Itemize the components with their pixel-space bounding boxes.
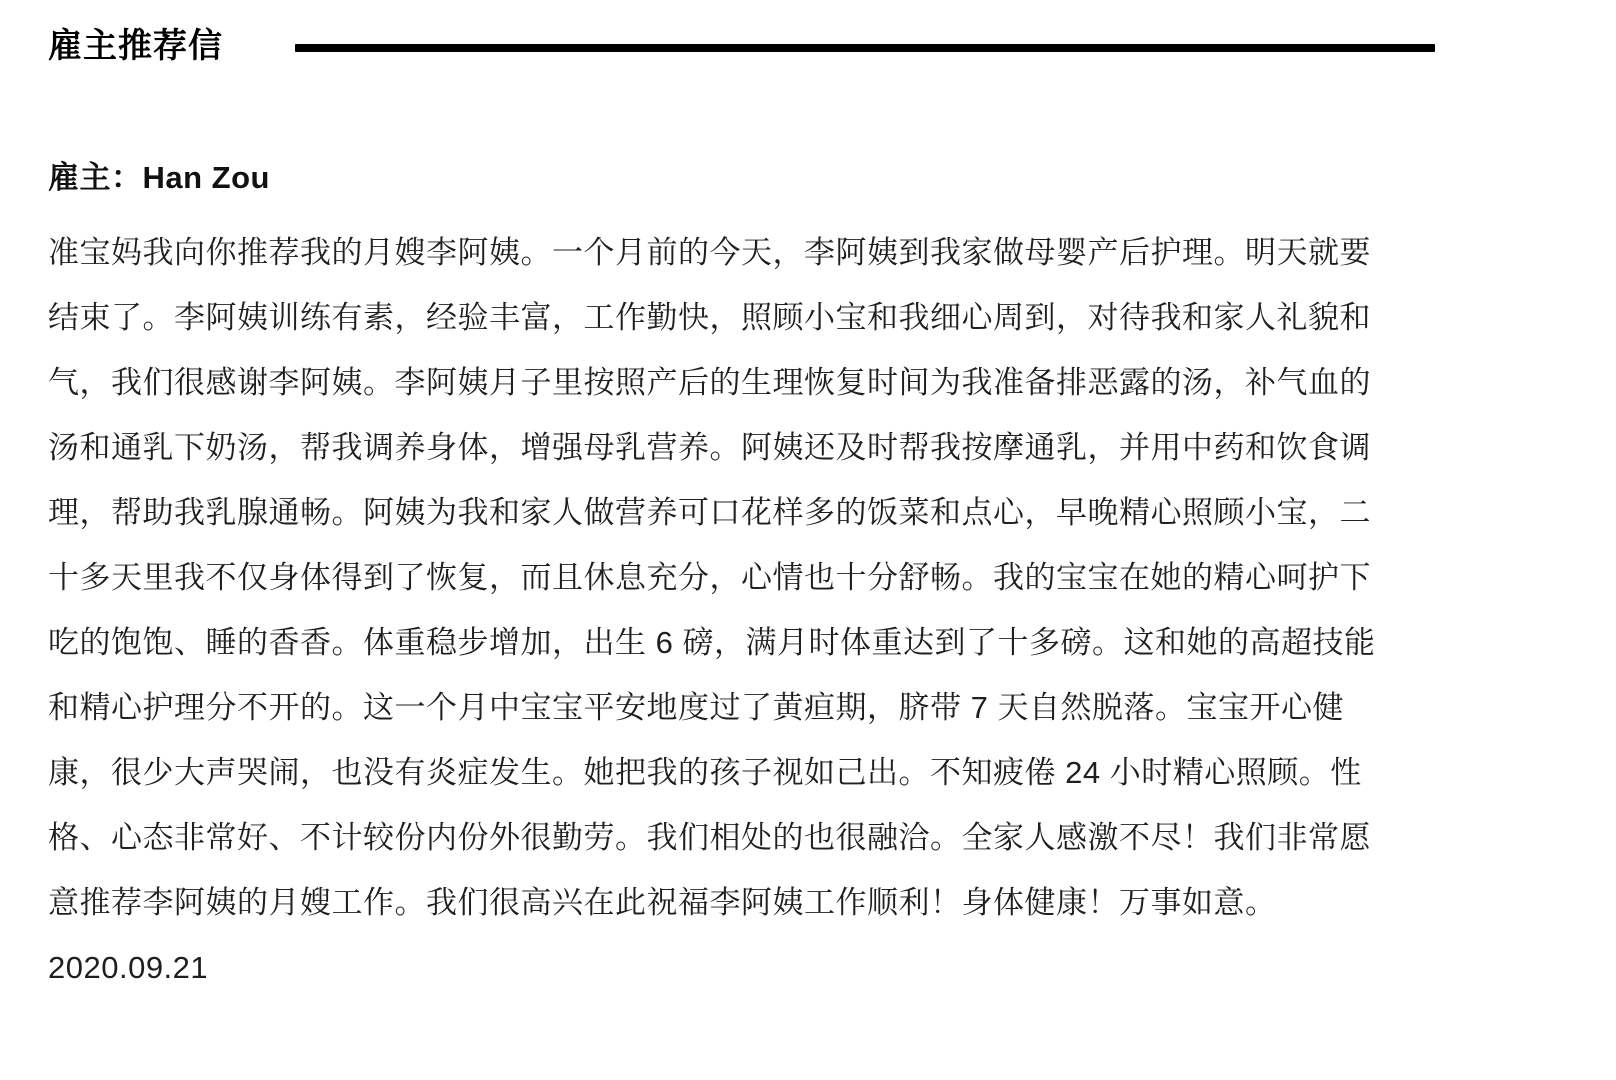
letter-line: 结束了。李阿姨训练有素，经验丰富，工作勤快，照顾小宝和我细心周到，对待我和家人礼… (48, 285, 1375, 350)
letter-date: 2020.09.21 (48, 935, 1375, 1000)
employer-name: 雇主：Han Zou (48, 158, 270, 198)
title-rule-divider (295, 44, 1435, 52)
page-title: 雇主推荐信 (48, 24, 223, 68)
letter-line: 气，我们很感谢李阿姨。李阿姨月子里按照产后的生理恢复时间为我准备排恶露的汤，补气… (48, 350, 1375, 415)
letter-line: 十多天里我不仅身体得到了恢复，而且休息充分，心情也十分舒畅。我的宝宝在她的精心呵… (48, 545, 1375, 610)
letter-line: 意推荐李阿姨的月嫂工作。我们很高兴在此祝福李阿姨工作顺利！身体健康！万事如意。 (48, 870, 1375, 935)
letter-line: 汤和通乳下奶汤，帮我调养身体，增强母乳营养。阿姨还及时帮我按摩通乳，并用中药和饮… (48, 415, 1375, 480)
letter-line: 和精心护理分不开的。这一个月中宝宝平安地度过了黄疸期，脐带 7 天自然脱落。宝宝… (48, 675, 1375, 740)
letter-line: 理，帮助我乳腺通畅。阿姨为我和家人做营养可口花样多的饭菜和点心，早晚精心照顾小宝… (48, 480, 1375, 545)
letter-line: 吃的饱饱、睡的香香。体重稳步增加，出生 6 磅，满月时体重达到了十多磅。这和她的… (48, 610, 1375, 675)
letter-paragraph: 准宝妈我向你推荐我的月嫂李阿姨。一个月前的今天，李阿姨到我家做母婴产后护理。明天… (48, 220, 1375, 1000)
document-header: 雇主推荐信 (48, 24, 223, 68)
letter-line: 康，很少大声哭闹，也没有炎症发生。她把我的孩子视如己出。不知疲倦 24 小时精心… (48, 740, 1375, 805)
letter-line: 格、心态非常好、不计较份内份外很勤劳。我们相处的也很融洽。全家人感激不尽！我们非… (48, 805, 1375, 870)
document-page: 雇主推荐信 雇主：Han Zou 准宝妈我向你推荐我的月嫂李阿姨。一个月前的今天… (0, 0, 1616, 1080)
letter-line: 准宝妈我向你推荐我的月嫂李阿姨。一个月前的今天，李阿姨到我家做母婴产后护理。明天… (48, 220, 1375, 285)
